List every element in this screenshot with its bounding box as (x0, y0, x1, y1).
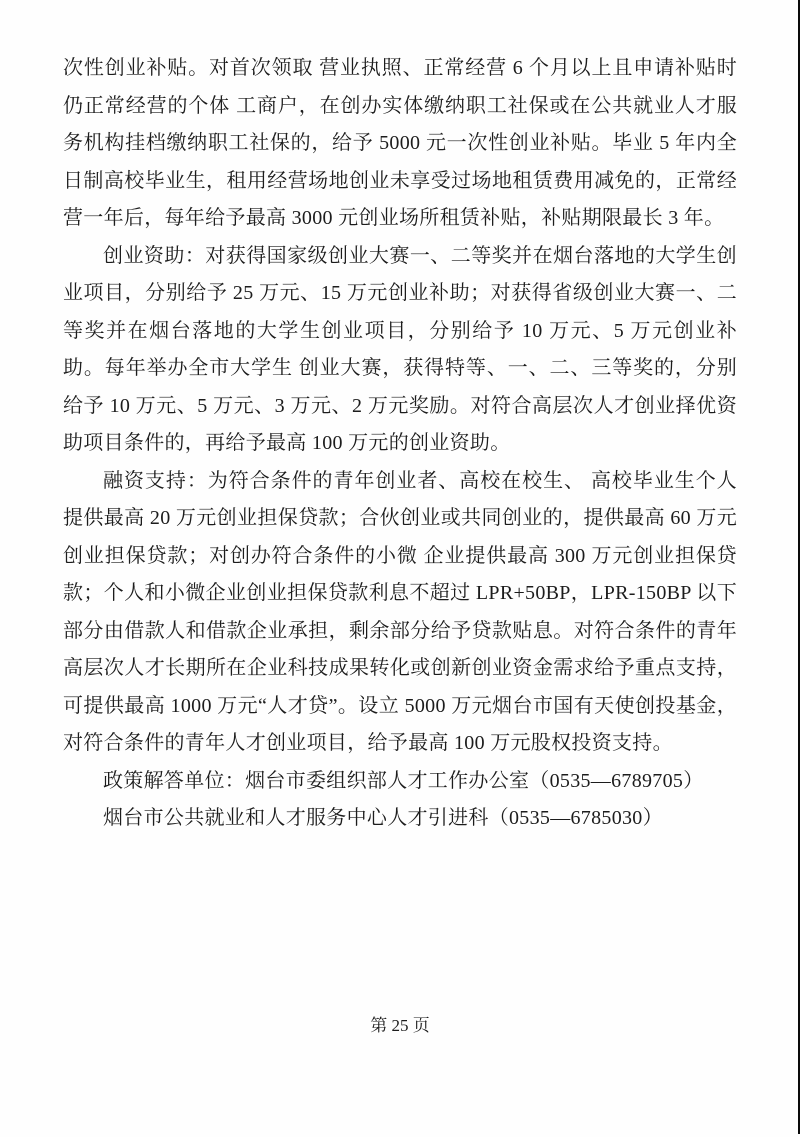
document-page: 次性创业补贴。对首次领取 营业执照、正常经营 6 个月以上且申请补贴时仍正常经营… (0, 0, 800, 1137)
paragraph-financing-support: 融资支持：为符合条件的青年创业者、高校在校生、 高校毕业生个人提供最高 20 万… (63, 463, 737, 763)
paragraph-policy-contact-1: 政策解答单位：烟台市委组织部人才工作办公室（0535—6789705） (63, 763, 737, 801)
paragraph-startup-subsidy: 次性创业补贴。对首次领取 营业执照、正常经营 6 个月以上且申请补贴时仍正常经营… (63, 50, 737, 238)
paragraph-policy-contact-2: 烟台市公共就业和人才服务中心人才引进科（0535—6785030） (63, 800, 737, 838)
page-body-text: 次性创业补贴。对首次领取 营业执照、正常经营 6 个月以上且申请补贴时仍正常经营… (63, 50, 737, 838)
page-number: 第 25 页 (0, 1014, 800, 1038)
paragraph-startup-funding: 创业资助：对获得国家级创业大赛一、二等奖并在烟台落地的大学生创业项目，分别给予 … (63, 238, 737, 463)
